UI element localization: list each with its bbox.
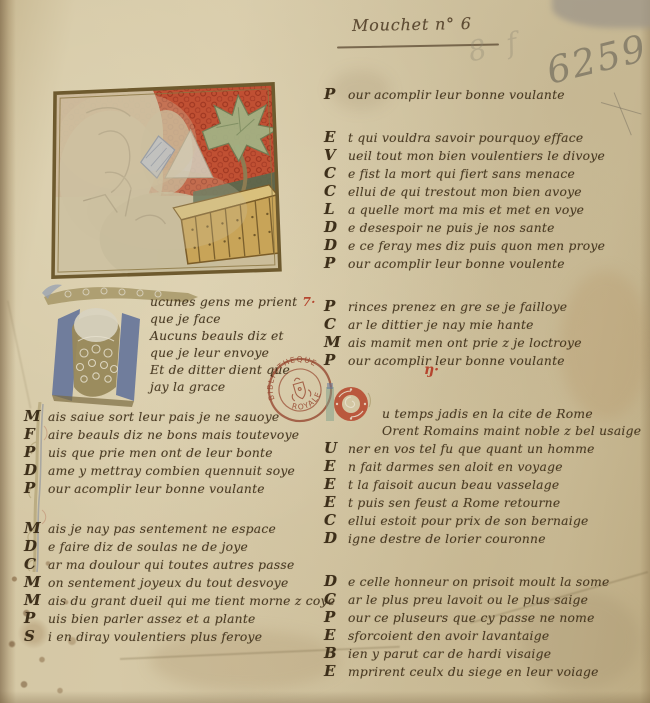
verse-text: our acomplir leur bonne voulente bbox=[348, 256, 565, 273]
verse-text: our acomplir leur bonne voulante bbox=[48, 481, 265, 498]
verse-initial: P bbox=[24, 444, 48, 461]
verse-line: M ais du grant dueil qui me tient morne … bbox=[24, 592, 319, 610]
verse-text: ais je nay pas sentement ne espace bbox=[48, 521, 276, 538]
verse-text: ellui de qui trestout mon bien avoye bbox=[348, 184, 582, 201]
verse-initial: C bbox=[324, 591, 348, 608]
verse-line: M ais je nay pas sentement ne espace bbox=[24, 520, 319, 538]
verse-text: que je face bbox=[150, 311, 221, 328]
pencil-shelfmark: 6259 bbox=[542, 26, 650, 92]
verse-text: ar le plus preu lavoit ou le plus saige bbox=[348, 592, 588, 609]
verse-text: a quelle mort ma mis et met en voye bbox=[348, 202, 584, 219]
verse-line: D ame y mettray combien quennuit soye bbox=[24, 462, 319, 480]
verse-line: u temps jadis en la cite de Rome bbox=[324, 406, 644, 423]
pencil-scribble: 8 f bbox=[465, 25, 526, 69]
verse-text: jay la grace bbox=[150, 379, 225, 396]
verse-initial: F bbox=[24, 426, 48, 443]
verse-text: aire beauls diz ne bons mais toutevoye bbox=[48, 427, 299, 444]
verse-initial: C bbox=[324, 512, 348, 529]
verse-initial: D bbox=[24, 538, 48, 555]
verse-text: Aucuns beauls diz et bbox=[150, 328, 284, 345]
verse-text: Et de ditter dient que bbox=[150, 362, 290, 379]
verse-line: E t qui vouldra savoir pourquoy efface bbox=[324, 129, 644, 147]
miniature-painting bbox=[46, 79, 286, 283]
verse-text: our acomplir leur bonne voulante bbox=[348, 87, 565, 104]
verse-line: M ais mamit men ont prie z je loctroye bbox=[324, 334, 644, 352]
verse-text: t puis sen feust a Rome retourne bbox=[348, 495, 560, 512]
verse-text: ellui estoit pour prix de son bernaige bbox=[348, 513, 589, 530]
manuscript-scan: { "page": { "header_label": "Mouchet n° … bbox=[0, 0, 650, 703]
verse-line: M ais saiue sort leur pais je ne sauoye bbox=[24, 408, 319, 426]
verse-line: C ellui estoit pour prix de son bernaige bbox=[324, 512, 644, 530]
verse-line: E n fait darmes sen aloit en voyage bbox=[324, 458, 644, 476]
header-inscription: Mouchet n° 6 bbox=[352, 14, 472, 35]
verse-text: ame y mettray combien quennuit soye bbox=[48, 463, 295, 480]
verse-line: C ar le plus preu lavoit ou le plus saig… bbox=[324, 591, 644, 609]
verse-text: e celle honneur on prisoit moult la some bbox=[348, 574, 610, 591]
verse-initial: D bbox=[24, 462, 48, 479]
verse-initial: M bbox=[324, 334, 348, 351]
verse-text: ais mamit men ont prie z je loctroye bbox=[348, 335, 582, 352]
verse-line: P uis bien parler assez et a plante bbox=[24, 610, 319, 628]
verse-text: ien y parut car de hardi visaige bbox=[348, 646, 551, 663]
corner-smudge bbox=[552, 0, 650, 28]
tironian-mark: 7· bbox=[302, 293, 315, 310]
verse-line: C ar le dittier je nay mie hante bbox=[324, 316, 644, 334]
verse-initial: M bbox=[24, 520, 48, 537]
verse-initial: D bbox=[324, 237, 348, 254]
verse-initial: M bbox=[24, 574, 48, 591]
verse-line: E mprirent ceulx du siege en leur voiage bbox=[324, 663, 644, 681]
verse-line: Orent Romains maint noble z bel usaige bbox=[324, 423, 644, 440]
verse-text: uis que prie men ont de leur bonte bbox=[48, 445, 273, 462]
verse-line: jay la grace bbox=[150, 379, 319, 396]
verse-text: ueil tout mon bien voulentiers le divoye bbox=[348, 148, 605, 165]
verse-line: U ner en vos tel fu que quant un homme bbox=[324, 440, 644, 458]
verse-line: P our acomplir leur bonne voulente bbox=[324, 255, 644, 273]
verse-line: Et de ditter dient que bbox=[150, 362, 319, 379]
verse-line: P our acomplir leur bonne voulante bbox=[24, 480, 319, 498]
verse-line: que je face bbox=[150, 311, 319, 328]
verse-initial: E bbox=[324, 627, 348, 644]
right-text-column: P our acomplir leur bonne voulante E t q… bbox=[324, 86, 644, 681]
verse-text: ar ma doulour qui toutes autres passe bbox=[48, 557, 295, 574]
verse-text: u temps jadis en la cite de Rome bbox=[382, 406, 593, 423]
verse-initial: E bbox=[324, 663, 348, 680]
verse-text: t qui vouldra savoir pourquoy efface bbox=[348, 130, 583, 147]
verse-text: ais du grant dueil qui me tient morne z … bbox=[48, 593, 335, 610]
verse-line: V ueil tout mon bien voulentiers le divo… bbox=[324, 147, 644, 165]
verse-text: ucunes gens me prient bbox=[150, 294, 297, 311]
verse-text: our ce pluseurs que cy passe ne nome bbox=[348, 610, 595, 627]
verse-initial: C bbox=[324, 165, 348, 182]
verse-initial: P bbox=[324, 255, 348, 272]
verse-initial: S bbox=[24, 628, 48, 645]
verse-line: P uis que prie men ont de leur bonte bbox=[24, 444, 319, 462]
verse-line: P our acomplir leur bonne voulante bbox=[324, 352, 644, 370]
verse-text: on sentement joyeux du tout desvoye bbox=[48, 575, 288, 592]
left-text-column: ucunes gens me prient 7· que je face Auc… bbox=[24, 293, 319, 646]
verse-initial: C bbox=[24, 556, 48, 573]
verse-line: E t puis sen feust a Rome retourne bbox=[324, 494, 644, 512]
verse-initial: D bbox=[324, 573, 348, 590]
verse-text: e ce feray mes diz puis quon men proye bbox=[348, 238, 605, 255]
verse-initial: E bbox=[324, 494, 348, 511]
verse-text: i en diray voulentiers plus feroye bbox=[48, 629, 262, 646]
verse-text: e fist la mort qui fiert sans menace bbox=[348, 166, 575, 183]
verse-initial: P bbox=[324, 298, 348, 315]
verse-line: ucunes gens me prient 7· bbox=[150, 293, 319, 311]
verse-initial: E bbox=[324, 476, 348, 493]
verse-text: e faire diz de soulas ne de joye bbox=[48, 539, 248, 556]
verse-initial: E bbox=[324, 129, 348, 146]
verse-initial: D bbox=[324, 530, 348, 547]
verse-line: que je leur envoye bbox=[150, 345, 319, 362]
miniature-scene bbox=[46, 79, 286, 283]
verse-line: C ar ma doulour qui toutes autres passe bbox=[24, 556, 319, 574]
verse-initial: L bbox=[324, 201, 348, 218]
verse-initial: E bbox=[324, 458, 348, 475]
verse-text: sforcoient den avoir lavantaige bbox=[348, 628, 549, 645]
verse-text: ner en vos tel fu que quant un homme bbox=[348, 441, 595, 458]
verse-text: mprirent ceulx du siege en leur voiage bbox=[348, 664, 599, 681]
verse-line: D igne destre de lorier couronne bbox=[324, 530, 644, 548]
verse-initial: P bbox=[24, 480, 48, 497]
verse-initial: C bbox=[324, 183, 348, 200]
verse-text: e desespoir ne puis je nos sante bbox=[348, 220, 555, 237]
verse-text: Orent Romains maint noble z bel usaige bbox=[382, 423, 641, 440]
verse-line: Aucuns beauls diz et bbox=[150, 328, 319, 345]
verse-initial: P bbox=[24, 610, 48, 627]
verse-initial: P bbox=[324, 86, 348, 103]
verse-initial: P bbox=[324, 352, 348, 369]
verse-line: P our acomplir leur bonne voulante bbox=[324, 86, 644, 104]
verse-initial: D bbox=[324, 219, 348, 236]
verse-initial: U bbox=[324, 440, 348, 457]
verse-line: D e desespoir ne puis je nos sante bbox=[324, 219, 644, 237]
verse-text: igne destre de lorier couronne bbox=[348, 531, 546, 548]
verse-initial: M bbox=[24, 408, 48, 425]
verse-line: S i en diray voulentiers plus feroye bbox=[24, 628, 319, 646]
verse-line: F aire beauls diz ne bons mais toutevoye bbox=[24, 426, 319, 444]
verse-line: C e fist la mort qui fiert sans menace bbox=[324, 165, 644, 183]
verse-initial: V bbox=[324, 147, 348, 164]
verse-line: D e faire diz de soulas ne de joye bbox=[24, 538, 319, 556]
verse-line: C ellui de qui trestout mon bien avoye bbox=[324, 183, 644, 201]
verse-text: our acomplir leur bonne voulante bbox=[348, 353, 565, 370]
verse-initial: M bbox=[24, 592, 48, 609]
verse-text: ais saiue sort leur pais je ne sauoye bbox=[48, 409, 279, 426]
verse-initial: P bbox=[324, 609, 348, 626]
verse-text: rinces prenez en gre se je failloye bbox=[348, 299, 567, 316]
verse-text: t la faisoit aucun beau vasselage bbox=[348, 477, 559, 494]
verse-line: B ien y parut car de hardi visaige bbox=[324, 645, 644, 663]
verse-line: P rinces prenez en gre se je failloye bbox=[324, 298, 644, 316]
verse-line: D e ce feray mes diz puis quon men proye bbox=[324, 237, 644, 255]
verse-text: ar le dittier je nay mie hante bbox=[348, 317, 534, 334]
verse-line: E sforcoient den avoir lavantaige bbox=[324, 627, 644, 645]
verse-line: L a quelle mort ma mis et met en voye bbox=[324, 201, 644, 219]
verse-text: n fait darmes sen aloit en voyage bbox=[348, 459, 563, 476]
verse-text: uis bien parler assez et a plante bbox=[48, 611, 256, 628]
verse-initial: C bbox=[324, 316, 348, 333]
verse-initial: B bbox=[324, 645, 348, 662]
verse-line: M on sentement joyeux du tout desvoye bbox=[24, 574, 319, 592]
verse-line: E t la faisoit aucun beau vasselage bbox=[324, 476, 644, 494]
verse-text: que je leur envoye bbox=[150, 345, 269, 362]
verse-line: D e celle honneur on prisoit moult la so… bbox=[324, 573, 644, 591]
verse-line: P our ce pluseurs que cy passe ne nome bbox=[324, 609, 644, 627]
